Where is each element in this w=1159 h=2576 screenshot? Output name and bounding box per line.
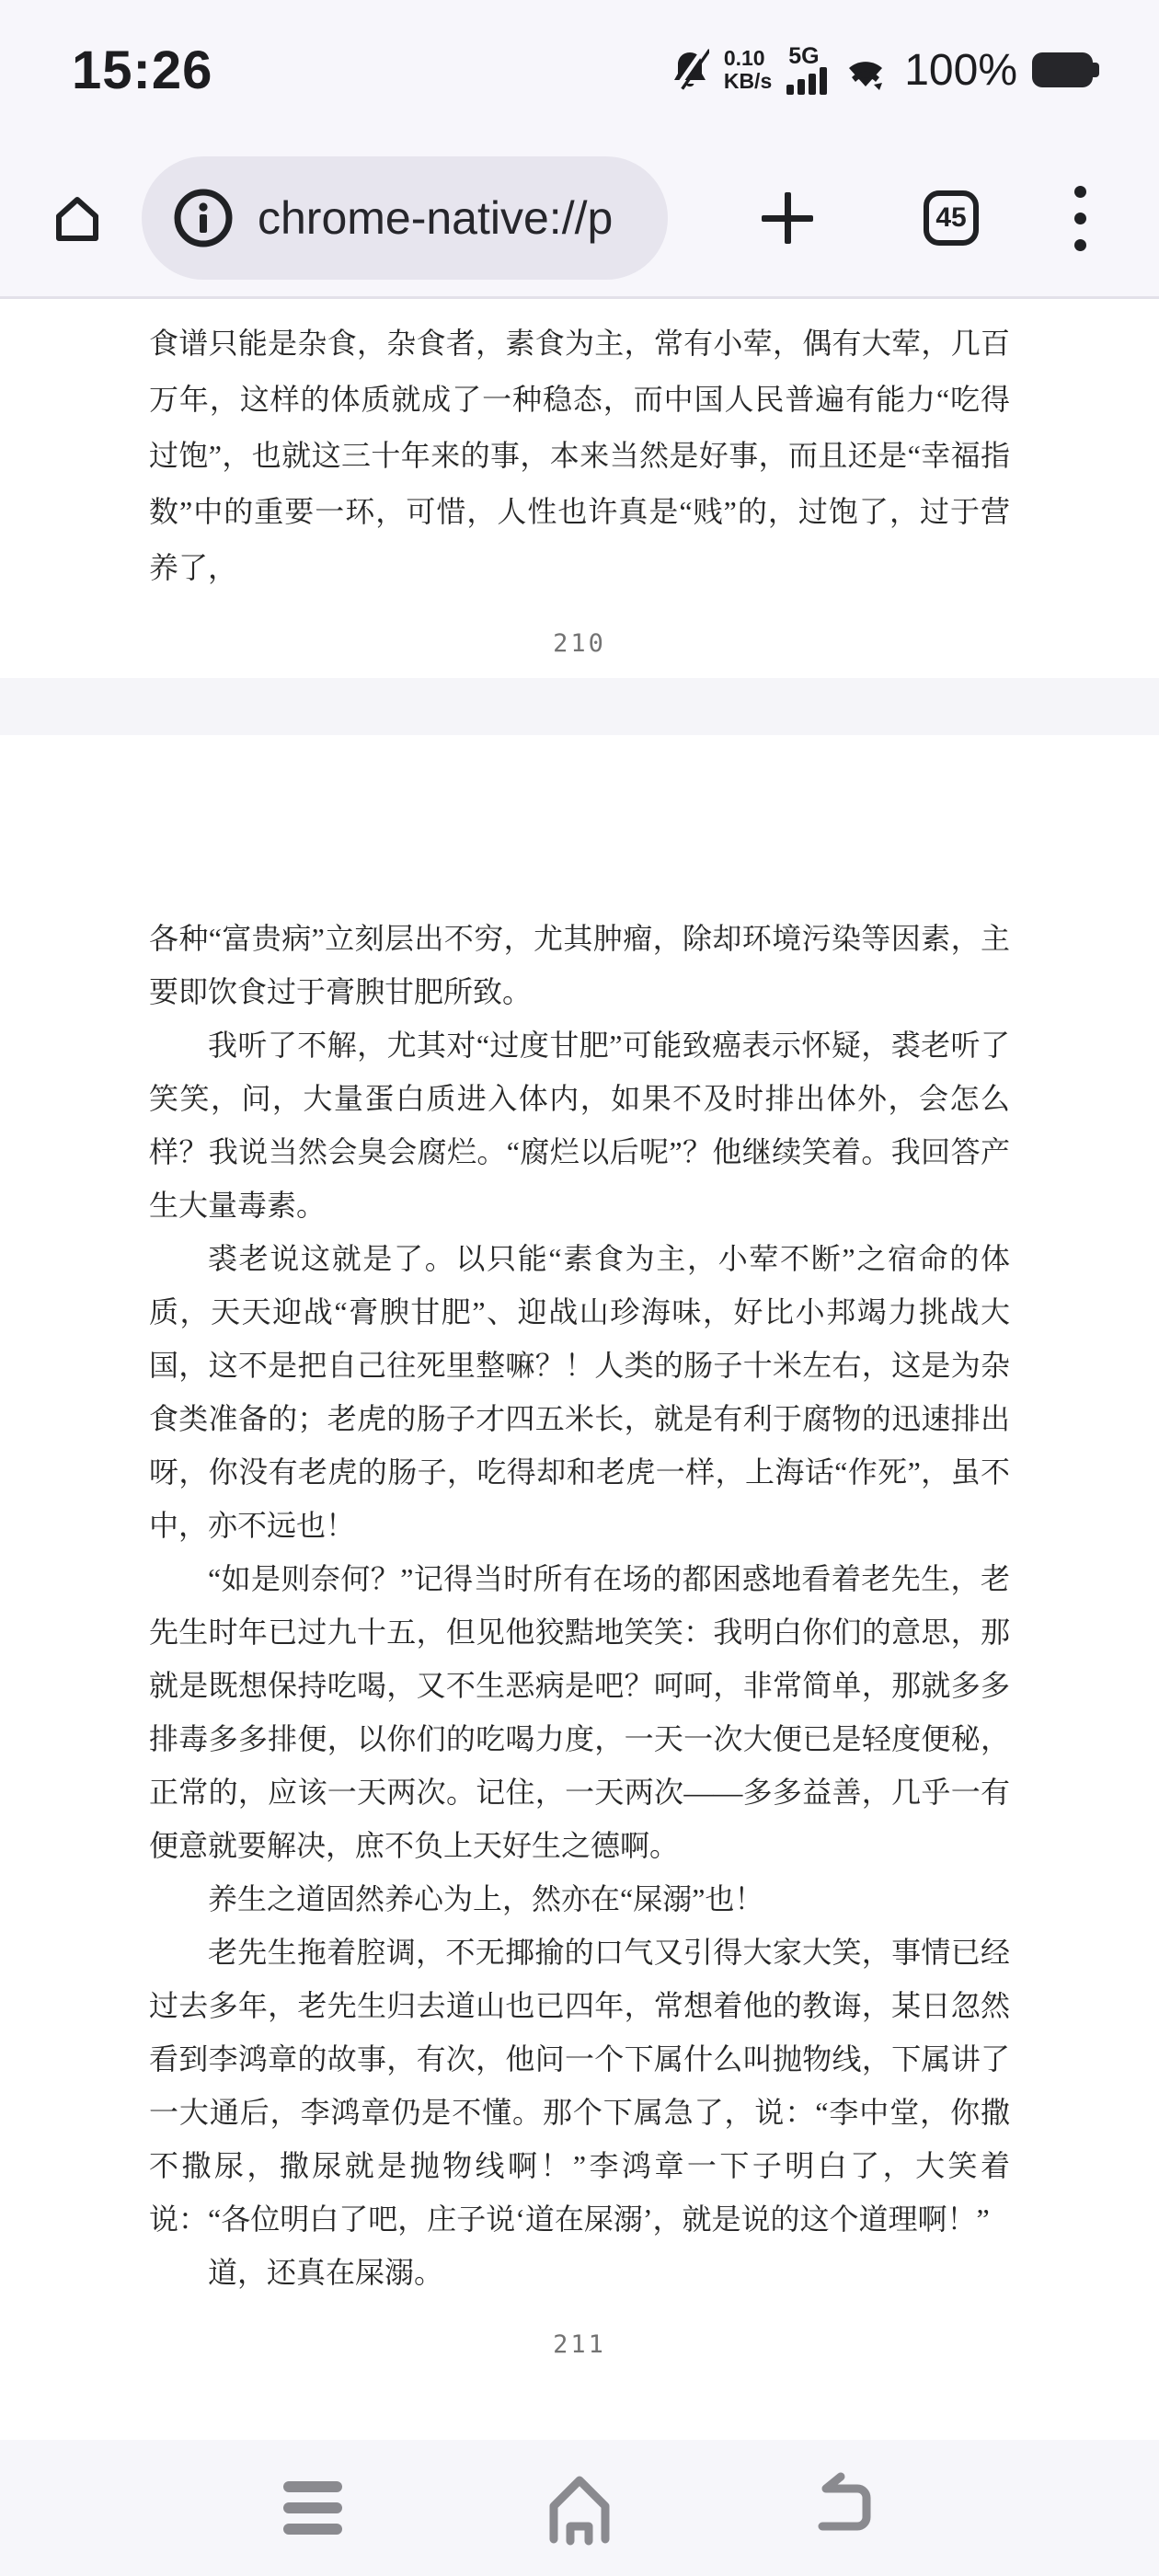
page-number-211: 211 — [149, 2330, 1010, 2359]
battery-icon — [1032, 52, 1093, 87]
paragraph: 食谱只能是杂食，杂食者，素食为主，常有小荤，偶有大荤，几百万年，这样的体质就成了… — [149, 316, 1010, 596]
paragraph: “如是则奈何？”记得当时所有在场的都困惑地看着老先生，老先生时年已过九十五，但见… — [149, 1552, 1010, 1872]
url-bar[interactable]: chrome-native://p — [142, 156, 668, 280]
system-nav-bar — [0, 2440, 1159, 2576]
bell-muted-icon — [671, 49, 709, 91]
paragraph: 裘老说这就是了。以只能“素食为主，小荤不断”之宿命的体质，天天迎战“膏腴甘肥”、… — [149, 1232, 1010, 1552]
page-gap-divider — [0, 678, 1159, 735]
tab-count-label: 45 — [935, 202, 966, 234]
page-210-text: 食谱只能是杂食，杂食者，素食为主，常有小荤，偶有大荤，几百万年，这样的体质就成了… — [149, 316, 1010, 596]
status-clock: 15:26 — [72, 40, 212, 101]
status-bar: 15:26 0.10 KB/s 5G 100% — [0, 0, 1159, 140]
paragraph: 道，还真在屎溺。 — [149, 2246, 1010, 2299]
book-page-210: 食谱只能是杂食，杂食者，素食为主，常有小荤，偶有大荤，几百万年，这样的体质就成了… — [0, 299, 1159, 678]
network-speed: 0.10 KB/s — [724, 47, 772, 93]
paragraph: 老先生拖着腔调，不无揶揄的口气又引得大家大笑，事情已经过去多年，老先生归去道山也… — [149, 1926, 1010, 2246]
status-icons: 0.10 KB/s 5G 100% — [671, 45, 1093, 96]
signal-bars-icon: 5G — [786, 45, 827, 95]
book-page-211: 各种“富贵病”立刻层出不穷，尤其肿瘤，除却环境污染等因素，主要即饮食过于膏腴甘肥… — [0, 735, 1159, 2440]
home-nav-icon[interactable] — [541, 2469, 618, 2547]
wifi-icon — [842, 50, 889, 90]
recents-menu-icon[interactable] — [274, 2469, 351, 2547]
browser-toolbar: chrome-native://p 45 — [0, 140, 1159, 299]
paragraph: 各种“富贵病”立刻层出不穷，尤其肿瘤，除却环境污染等因素，主要即饮食过于膏腴甘肥… — [149, 912, 1010, 1018]
battery-percent: 100% — [904, 45, 1017, 96]
page-211-text: 各种“富贵病”立刻层出不穷，尤其肿瘤，除却环境污染等因素，主要即饮食过于膏腴甘肥… — [149, 912, 1010, 2299]
back-icon[interactable] — [808, 2469, 885, 2547]
paragraph: 我听了不解，尤其对“过度甘肥”可能致癌表示怀疑，裘老听了笑笑，问，大量蛋白质进入… — [149, 1018, 1010, 1232]
plus-icon[interactable] — [756, 187, 819, 249]
kebab-menu-icon[interactable] — [1074, 186, 1086, 251]
page-number-210: 210 — [149, 629, 1010, 658]
url-text: chrome-native://p — [258, 191, 640, 245]
tab-counter[interactable]: 45 — [924, 190, 979, 246]
paragraph: 养生之道固然养心为上，然亦在“屎溺”也！ — [149, 1872, 1010, 1926]
home-icon[interactable] — [48, 189, 107, 247]
info-icon[interactable] — [173, 188, 234, 248]
